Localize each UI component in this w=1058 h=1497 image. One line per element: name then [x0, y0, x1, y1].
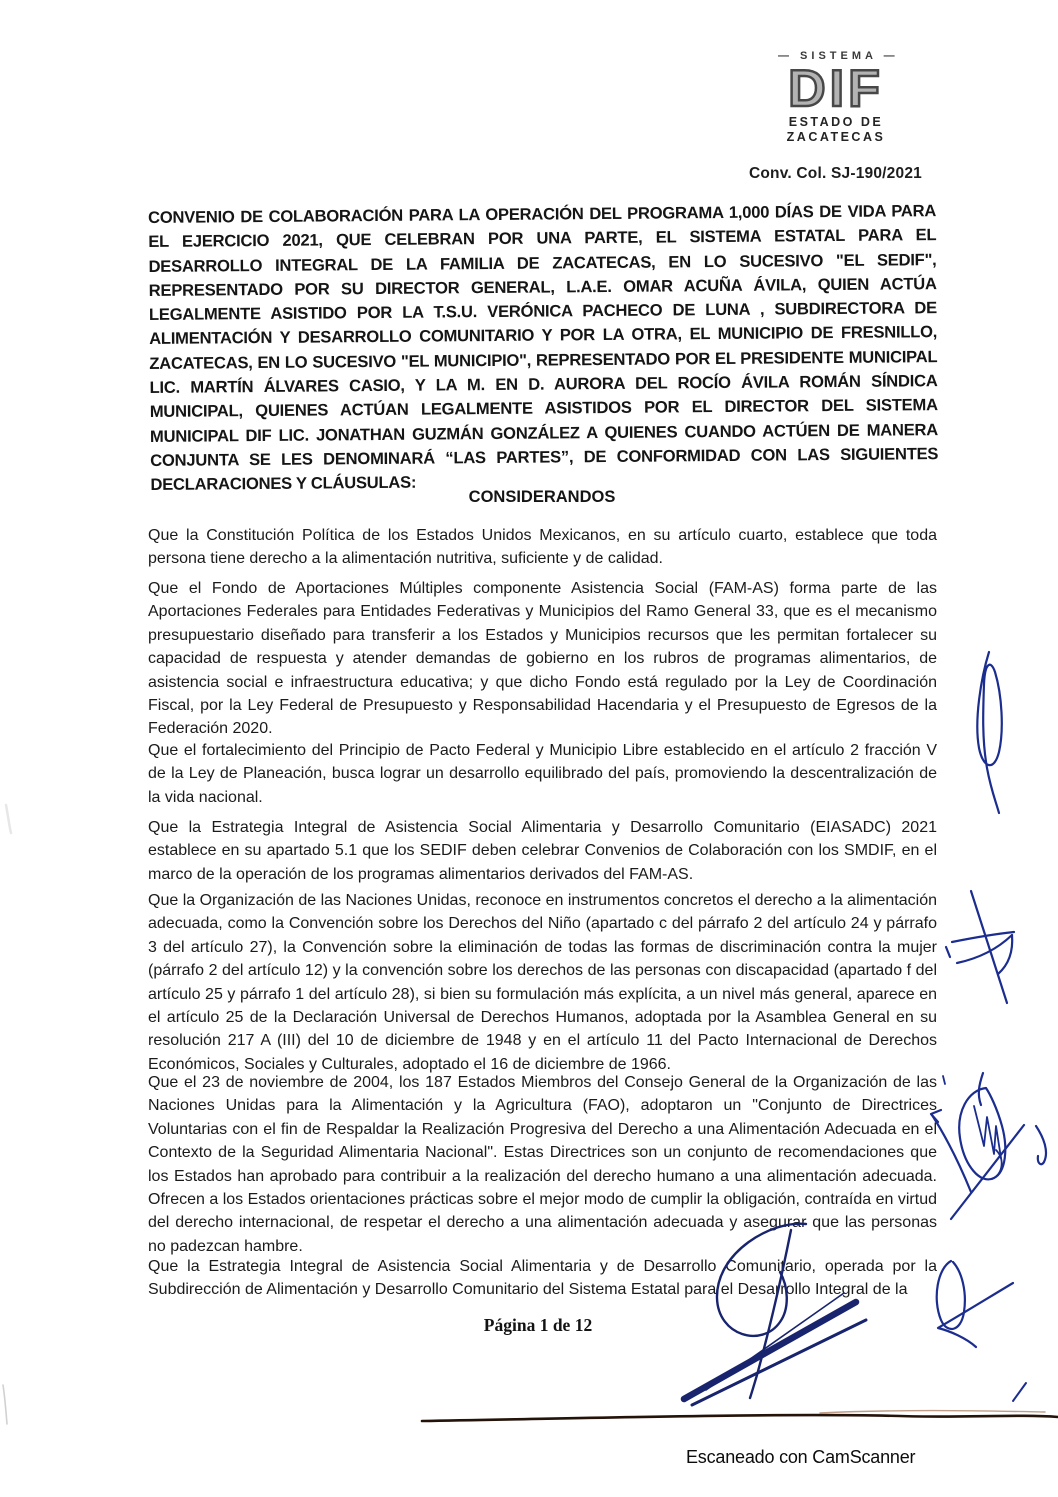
logo-dif-wordmark: DIF [778, 63, 894, 115]
signature-stroke-ribbon [977, 652, 1001, 813]
signature-stroke-cross [998, 935, 1012, 974]
logo-zacatecas-label: ZACATECAS [778, 130, 894, 145]
scan-edge-mark-left [3, 1385, 7, 1424]
signature-stroke-scribble [943, 1076, 945, 1084]
signature-stroke-scribble [992, 1150, 1002, 1179]
scan-edge-line-shadow [820, 1411, 1045, 1413]
scan-edge-line [422, 1415, 1058, 1421]
signature-stroke-small-sig [937, 1261, 965, 1329]
considerandos-heading: CONSIDERANDOS [148, 488, 936, 507]
signature-stroke-scribble [979, 1073, 983, 1105]
dif-zacatecas-logo: — SISTEMA — DIF ESTADO DE ZACATECAS [778, 50, 894, 145]
convenio-reference-number: Conv. Col. SJ-190/2021 [749, 165, 922, 183]
camscanner-watermark: Escaneado con CamScanner [686, 1447, 915, 1468]
paragraph-constitucion: Que la Constitución Política de los Esta… [148, 524, 937, 571]
logo-estado-label: ESTADO DE [778, 115, 894, 130]
signature-stroke-scribble [932, 1115, 971, 1192]
scan-smudge-left [6, 805, 11, 833]
convenio-title-paragraph: CONVENIO DE COLABORACIÓN PARA LA OPERACI… [148, 199, 939, 497]
signature-stroke-flourish-diagonal [706, 1293, 844, 1390]
signature-stroke-slash [1013, 1383, 1026, 1401]
paragraph-pacto-federal: Que el fortalecimiento del Principio de … [148, 739, 937, 809]
paragraph-onu-derecho-alimentacion: Que la Organización de las Naciones Unid… [148, 889, 937, 1076]
signature-stroke-cross [971, 891, 1007, 1003]
paragraph-fam-as: Que el Fondo de Aportaciones Múltiples c… [148, 577, 937, 741]
paragraph-fao-directrices: Que el 23 de noviembre de 2004, los 187 … [148, 1071, 937, 1258]
signature-stroke-scribble [959, 1088, 1005, 1179]
scanned-document-page: — SISTEMA — DIF ESTADO DE ZACATECAS Conv… [0, 0, 1058, 1497]
signature-stroke-cross [946, 947, 950, 957]
signature-stroke-cross [952, 932, 1014, 942]
signature-stroke-small-sig [938, 1283, 1013, 1347]
signature-stroke-hook [1036, 1126, 1046, 1164]
signature-stroke-cross [957, 935, 1012, 963]
paragraph-estrategia-integral: Que la Estrategia Integral de Asistencia… [148, 1255, 937, 1302]
page-number-footer: Página 1 de 12 [148, 1315, 928, 1336]
paragraph-eiasadc: Que la Estrategia Integral de Asistencia… [148, 816, 937, 886]
signature-stroke-scribble [974, 1106, 1001, 1158]
signature-stroke-scribble [951, 1125, 1024, 1219]
